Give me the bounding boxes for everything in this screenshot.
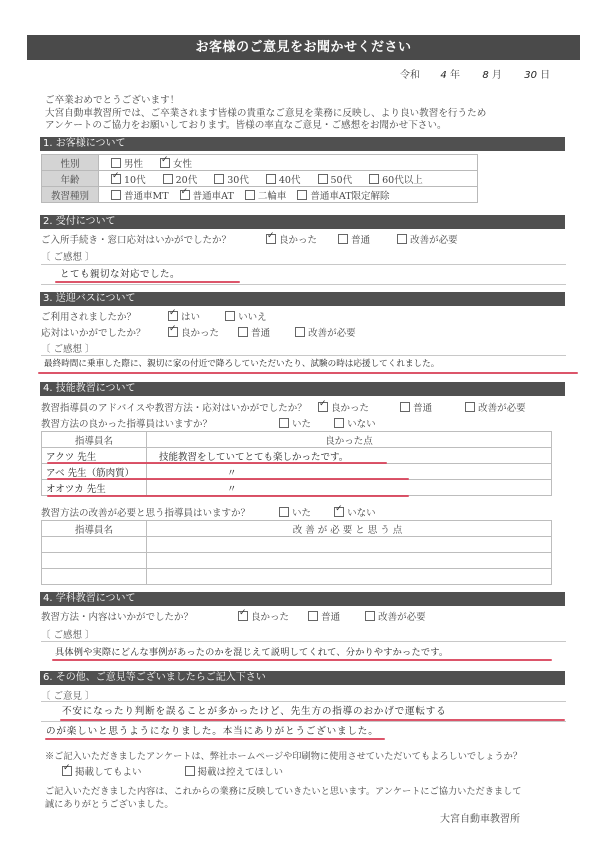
divider xyxy=(41,701,566,702)
divider xyxy=(41,264,566,265)
reception-question: ご入所手続き・窓口応対はいかがでしたか？ xyxy=(41,232,263,246)
reception-question-row: ご入所手続き・窓口応対はいかがでしたか？ 良かった 普通 改善が必要 xyxy=(41,232,472,246)
table-row xyxy=(42,553,552,569)
checkbox-age-20s[interactable]: 20代 xyxy=(163,172,198,186)
bus-service-good[interactable]: 良かった xyxy=(168,325,219,339)
column-header-improve-point: 改善が必要と思う点 xyxy=(147,521,552,537)
academic-comment[interactable]: 具体例や実際にどんな事例があったのかを混じえて説明してくれて、分かりやすかったで… xyxy=(55,644,448,658)
checkbox-standard-mt[interactable]: 普通車MT xyxy=(111,188,169,202)
column-header-instructor: 指導員名 xyxy=(42,432,147,448)
checked-checkbox-icon xyxy=(318,402,328,412)
checkbox-icon xyxy=(397,234,407,244)
year-label: 年 xyxy=(450,66,460,81)
bus-service-normal[interactable]: 普通 xyxy=(238,325,270,339)
bus-comment-label: 〔 ご感想 〕 xyxy=(41,341,95,355)
table-row: オオツカ 先生 〃 xyxy=(42,480,552,496)
academic-question: 教習方法・内容はいかがでしたか？ xyxy=(41,609,235,623)
checkbox-icon xyxy=(279,507,289,517)
other-comment-label: 〔 ご意見 〕 xyxy=(41,688,95,702)
row-age: 年齢 10代 20代 30代 40代 50代 60代以上 xyxy=(42,171,478,187)
publish-allow[interactable]: 掲載してもよい xyxy=(62,764,142,778)
checkbox-icon xyxy=(238,327,248,337)
checked-checkbox-icon xyxy=(334,507,344,517)
checkbox-icon xyxy=(279,418,289,428)
section-header-shuttle-bus: 3. 送迎バスについて xyxy=(40,292,565,306)
checked-checkbox-icon xyxy=(111,174,121,184)
publish-options-row: 掲載してもよい 掲載は控えてほしい xyxy=(62,764,297,778)
other-comment-line-1[interactable]: 不安になったり判断を誤ることが多かったけど、先生方の指導のおかげで運転する xyxy=(62,703,447,717)
checkbox-icon xyxy=(365,611,375,621)
section-header-customer: 1. お客様について xyxy=(40,137,565,151)
checkbox-standard-at[interactable]: 普通車AT xyxy=(180,188,234,202)
closing-line-2: 誠にありがとうございました。 xyxy=(45,798,521,811)
section-header-practical-training: 4. 技能教習について xyxy=(40,382,565,396)
intro-text: ご卒業おめでとうございます！ 大宮自動車教習所では、ご卒業されます皆様の貴重なご… xyxy=(45,95,575,133)
checkbox-icon xyxy=(338,234,348,244)
checkbox-age-30s[interactable]: 30代 xyxy=(214,172,249,186)
checked-checkbox-icon xyxy=(168,327,178,337)
practical-advice-good[interactable]: 良かった xyxy=(318,400,369,414)
improve-instructor-yes[interactable]: いた xyxy=(279,505,311,519)
table-header: 指導員名 改善が必要と思う点 xyxy=(42,521,552,537)
row-course-type: 教習種別 普通車MT 普通車AT 二輪車 普通車AT限定解除 xyxy=(42,187,478,203)
label-age: 年齢 xyxy=(42,171,99,187)
label-gender: 性別 xyxy=(42,155,99,171)
instructor-name[interactable]: オオツカ 先生 xyxy=(42,480,147,496)
checked-checkbox-icon xyxy=(168,311,178,321)
checkbox-icon xyxy=(369,174,379,184)
row-gender: 性別 男性 女性 xyxy=(42,155,478,171)
section-header-reception: 2. 受付について xyxy=(40,215,565,229)
checkbox-icon xyxy=(266,174,276,184)
checkbox-icon xyxy=(245,190,255,200)
checkbox-icon xyxy=(308,611,318,621)
reception-normal[interactable]: 普通 xyxy=(338,232,370,246)
publish-question: ※ご記入いただきましたアンケートは、弊社ホームページや印刷物に使用させていただい… xyxy=(45,750,522,763)
table-row xyxy=(42,537,552,553)
improve-instructor-question-row: 教習方法の改善が必要と思う指導員はいますか？ いた いない xyxy=(41,505,390,519)
checkbox-male[interactable]: 男性 xyxy=(111,156,143,170)
table-header: 指導員名 良かった点 xyxy=(42,432,552,448)
bus-use-no[interactable]: いいえ xyxy=(225,309,267,323)
month-label: 月 xyxy=(492,66,502,81)
intro-line-2: 大宮自動車教習所では、ご卒業されます皆様の貴重なご意見を業務に反映し、より良い教… xyxy=(45,108,575,121)
improve-instructor-table: 指導員名 改善が必要と思う点 xyxy=(41,520,552,585)
improve-point[interactable] xyxy=(147,537,552,553)
reception-comment[interactable]: とても親切な対応でした。 xyxy=(60,266,180,280)
checkbox-icon xyxy=(163,174,173,184)
checked-checkbox-icon xyxy=(62,766,72,776)
academic-needs-improvement[interactable]: 改善が必要 xyxy=(365,609,426,623)
section-header-other-comments: 6. その他、ご意見等ございましたらご記入下さい xyxy=(40,671,565,685)
divider xyxy=(41,721,566,722)
red-underline xyxy=(55,281,240,283)
divider xyxy=(41,355,566,356)
checkbox-icon xyxy=(225,311,235,321)
column-header-instructor: 指導員名 xyxy=(42,521,147,537)
reception-needs-improvement[interactable]: 改善が必要 xyxy=(397,232,458,246)
bus-use-yes[interactable]: はい xyxy=(168,309,200,323)
publish-decline[interactable]: 掲載は控えてほしい xyxy=(185,764,284,778)
intro-line-3: アンケートのご協力をお願いしております。皆様の率直なご意見・ご感想をお聞かせ下さ… xyxy=(45,120,575,133)
reception-good[interactable]: 良かった xyxy=(266,232,317,246)
date-row: 令和 4 年 8 月 30 日 xyxy=(400,66,570,81)
checkbox-icon xyxy=(297,190,307,200)
closing-line-1: ご記入いただきました内容は、これからの業務に反映していきたいと思います。アンケー… xyxy=(45,785,521,798)
checkbox-age-50s[interactable]: 50代 xyxy=(318,172,353,186)
checked-checkbox-icon xyxy=(238,611,248,621)
checkbox-icon xyxy=(214,174,224,184)
red-underline xyxy=(47,495,409,497)
improve-point[interactable] xyxy=(147,553,552,569)
practical-advice-question-row: 教習指導員のアドバイスや教習方法・応対はいかがでしたか？ 良かった 普通 改善が… xyxy=(41,400,540,414)
red-underline xyxy=(45,738,385,740)
instructor-name[interactable] xyxy=(42,569,147,585)
practical-advice-question: 教習指導員のアドバイスや教習方法・応対はいかがでしたか？ xyxy=(41,400,315,414)
checkbox-age-10s[interactable]: 10代 xyxy=(111,172,146,186)
bus-service-question-row: 応対はいかがでしたか？ 良かった 普通 改善が必要 xyxy=(41,325,370,339)
bus-service-needs-improvement[interactable]: 改善が必要 xyxy=(295,325,356,339)
checkbox-icon xyxy=(334,418,344,428)
practical-advice-normal[interactable]: 普通 xyxy=(400,400,432,414)
checkbox-icon xyxy=(111,190,121,200)
academic-question-row: 教習方法・内容はいかがでしたか？ 良かった 普通 改善が必要 xyxy=(41,609,440,623)
checkbox-female[interactable]: 女性 xyxy=(160,156,192,170)
instructor-name[interactable] xyxy=(42,537,147,553)
bus-use-question-row: ご利用されましたか？ はい いいえ xyxy=(41,309,281,323)
checkbox-age-60s-plus[interactable]: 60代以上 xyxy=(369,172,423,186)
checked-checkbox-icon xyxy=(180,190,190,200)
red-underline xyxy=(47,478,409,480)
customer-info-table: 性別 男性 女性 年齢 10代 20代 30代 40代 50代 60代以上 教習… xyxy=(41,154,478,203)
section-header-academic-training: 4. 学科教習について xyxy=(40,592,565,606)
bus-service-question: 応対はいかがでしたか？ xyxy=(41,325,165,339)
academic-good[interactable]: 良かった xyxy=(238,609,289,623)
school-signature: 大宮自動車教習所 xyxy=(440,813,520,826)
red-underline xyxy=(47,462,387,464)
survey-title: お客様のご意見をお聞かせください xyxy=(27,35,580,60)
closing-text: ご記入いただきました内容は、これからの業務に反映していきたいと思います。アンケー… xyxy=(45,785,521,811)
improve-instructor-no[interactable]: いない xyxy=(334,505,376,519)
good-point[interactable]: 〃 xyxy=(147,480,552,496)
checkbox-icon xyxy=(465,402,475,412)
checkbox-icon xyxy=(185,766,195,776)
academic-normal[interactable]: 普通 xyxy=(308,609,340,623)
table-row xyxy=(42,569,552,585)
checkbox-icon xyxy=(111,158,121,168)
red-underline xyxy=(38,372,578,374)
column-header-good-point: 良かった点 xyxy=(147,432,552,448)
good-instructor-question: 教習方法の良かった指導員はいますか？ xyxy=(41,416,276,430)
red-underline xyxy=(52,659,552,661)
date-year[interactable]: 4 xyxy=(440,70,446,81)
academic-comment-label: 〔 ご感想 〕 xyxy=(41,627,95,641)
day-label: 日 xyxy=(540,66,550,81)
checkbox-age-40s[interactable]: 40代 xyxy=(266,172,301,186)
practical-advice-needs-improvement[interactable]: 改善が必要 xyxy=(465,400,526,414)
checkbox-icon xyxy=(295,327,305,337)
good-instructor-yes[interactable]: いた xyxy=(279,416,311,430)
other-comment-line-2[interactable]: のが楽しいと思うようになりました。本当にありがとうございました。 xyxy=(46,723,379,737)
label-course-type: 教習種別 xyxy=(42,187,99,203)
reception-comment-label: 〔 ご感想 〕 xyxy=(41,249,95,263)
era-label: 令和 xyxy=(400,66,420,81)
instructor-name[interactable] xyxy=(42,553,147,569)
date-month[interactable]: 8 xyxy=(482,70,488,81)
checkbox-icon xyxy=(318,174,328,184)
divider xyxy=(41,641,566,642)
checkbox-at-limit-removal[interactable]: 普通車AT限定解除 xyxy=(297,188,389,202)
divider xyxy=(41,284,566,285)
checkbox-icon xyxy=(400,402,410,412)
good-instructor-no[interactable]: いない xyxy=(334,416,376,430)
checked-checkbox-icon xyxy=(266,234,276,244)
checked-checkbox-icon xyxy=(160,158,170,168)
intro-line-1: ご卒業おめでとうございます！ xyxy=(45,95,575,108)
bus-use-question: ご利用されましたか？ xyxy=(41,309,165,323)
date-day[interactable]: 30 xyxy=(524,70,537,81)
bus-comment[interactable]: 最終時間に乗車した際に、親切に家の付近で降ろしていただいたり、試験の時は応援して… xyxy=(44,357,439,369)
checkbox-motorcycle[interactable]: 二輪車 xyxy=(245,188,287,202)
improve-point[interactable] xyxy=(147,569,552,585)
improve-instructor-question: 教習方法の改善が必要と思う指導員はいますか？ xyxy=(41,505,276,519)
good-instructor-question-row: 教習方法の良かった指導員はいますか？ いた いない xyxy=(41,416,390,430)
